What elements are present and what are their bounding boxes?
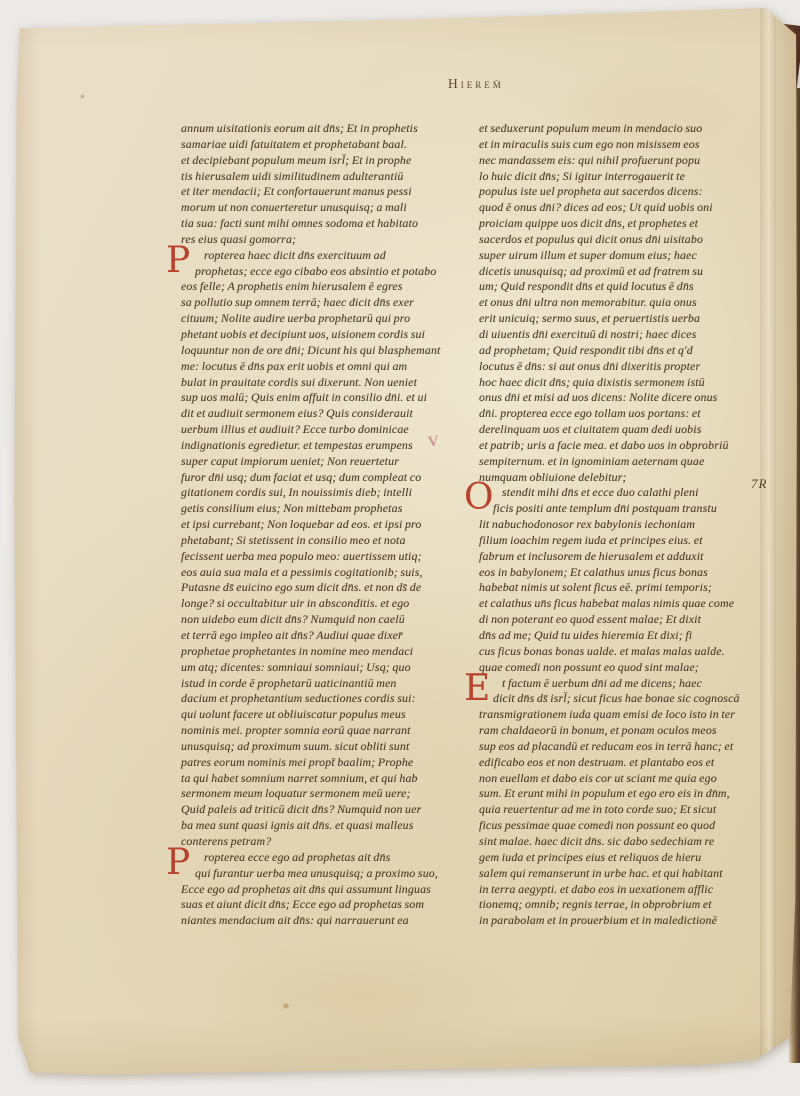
- parchment-stain: [80, 94, 85, 99]
- line-text: habebat nimis ut solent ficus eē. primi …: [479, 580, 712, 594]
- line-text: di non poterant eo quod essent malae; Et…: [479, 612, 701, 626]
- text-line: in terra aegypti. et dabo eos in uexatio…: [479, 882, 779, 898]
- line-text: edificabo eos et non destruam. et planta…: [479, 755, 714, 769]
- text-line: sempiternum. et in ignominiam aeternam q…: [479, 454, 779, 470]
- text-line: locutus ē dn̄s: si aut onus dn̄i dixerit…: [479, 359, 779, 375]
- text-line: et in miraculis suis cum ego non misisse…: [479, 137, 779, 153]
- line-text: ropterea ecce ego ad prophetas ait dn̄s: [204, 850, 390, 864]
- text-line: getis consilium eius; Non mittebam proph…: [181, 501, 475, 517]
- text-line: samariae uidi fatuitatem et prophetabant…: [181, 137, 475, 153]
- text-line: eos auia sua mala et a pessimis cogitati…: [181, 565, 475, 581]
- text-line: super uirum illum et super domum eius; h…: [479, 248, 779, 264]
- text-line: Putasne ds̄ euicino ego sum dicit dn̄s. …: [181, 580, 475, 596]
- text-line: dicit dn̄s ds̄ isrl̄; sicut ficus hae bo…: [479, 691, 779, 707]
- line-text: ad prophetam; Quid respondit tibi dn̄s e…: [479, 343, 693, 357]
- line-text: in terra aegypti. et dabo eos in uexatio…: [479, 882, 713, 896]
- text-line: transmigrationem iuda quam emisi de loco…: [479, 707, 779, 723]
- line-text: dicetis unusquisq; ad proximū et ad frat…: [479, 264, 703, 278]
- text-line: proiciam quippe uos dicit dn̄s, et proph…: [479, 216, 779, 232]
- line-text: sint malae. haec dicit dn̄s. sic dabo se…: [479, 834, 714, 848]
- text-line: dacium et prophetantium seductiones cord…: [181, 691, 475, 707]
- text-line: niantes mendacium ait dn̄s: qui narrauer…: [181, 913, 475, 929]
- line-text: Ecce ego ad prophetas ait dn̄s qui assum…: [181, 882, 431, 896]
- text-line: istud in corde ē prophetarū uaticinantiū…: [181, 676, 475, 692]
- text-line: ram chaldaeorū in bonum, et ponam oculos…: [479, 723, 779, 739]
- page-wrap: Hierem̄ annum uisitationis eorum ait dn̄…: [0, 0, 800, 1096]
- line-text: et decipiebant populum meum isrl̄; Et in…: [181, 153, 411, 167]
- line-text: bulat in prauitate cordis sui dixerunt. …: [181, 375, 417, 389]
- line-text: eos felle; A prophetis enim hierusalem ē…: [181, 279, 403, 293]
- text-line: dn̄i. propterea ecce ego tollam uos port…: [479, 406, 779, 422]
- text-line: eos in babylonem; Et calathus unus ficus…: [479, 565, 779, 581]
- text-line: in parabolam et in prouerbium et in male…: [479, 913, 779, 929]
- text-line: ficis positi ante templum dn̄i postquam …: [479, 501, 779, 517]
- line-text: phetant uobis et decipiunt uos, uisionem…: [181, 327, 425, 341]
- text-line: prophetas; ecce ego cibabo eos absintio …: [181, 264, 475, 280]
- line-text: et ipsi currebant; Non loquebar ad eos. …: [181, 517, 422, 531]
- margin-check-mark: V: [427, 433, 440, 451]
- parchment-page: Hierem̄ annum uisitationis eorum ait dn̄…: [12, 8, 800, 1080]
- line-text: derelinquam uos et ciuitatem quam dedi u…: [479, 422, 702, 436]
- line-text: patres eorum nominis mei propt̄ baalim; …: [181, 755, 413, 769]
- text-line: Propterea haec dicit dn̄s exercituum ad: [181, 248, 475, 264]
- text-line: Quid paleis ad triticū dicit dn̄s? Numqu…: [181, 802, 475, 818]
- line-text: ropterea haec dicit dn̄s exercituum ad: [204, 248, 386, 262]
- text-line: tis hierusalem uidi similitudinem adulte…: [181, 169, 475, 185]
- line-text: me: locutus ē dn̄s pax erit uobis et omn…: [181, 359, 407, 373]
- text-line: erit unicuiq; sermo suus, et peruertisti…: [479, 311, 779, 327]
- text-line: fabrum et inclusorem de hierusalem et ad…: [479, 549, 779, 565]
- text-line: cituum; Nolite audire uerba prophetarū q…: [181, 311, 475, 327]
- line-text: istud in corde ē prophetarū uaticinantiū…: [181, 676, 396, 690]
- line-text: cituum; Nolite audire uerba prophetarū q…: [181, 311, 410, 325]
- text-column-right: et seduxerunt populum meum in mendacio s…: [479, 121, 779, 929]
- line-text: um atq; dicentes: somniaui somniaui; Usq…: [181, 660, 411, 674]
- line-text: gem iuda et principes eius et reliquos d…: [479, 850, 701, 864]
- text-line: et iter mendacii; Et confortauerunt manu…: [181, 184, 475, 200]
- text-line: numquam obliuione delebitur;: [479, 470, 779, 486]
- text-line: unusquisq; ad proximum suum. sicut oblit…: [181, 739, 475, 755]
- text-line: quae comedi non possunt eo quod sint mal…: [479, 660, 779, 676]
- text-line: lit nabuchodonosor rex babylonis iechoni…: [479, 517, 779, 533]
- line-text: et iter mendacii; Et confortauerunt manu…: [181, 184, 412, 198]
- text-line: cus ficus bonas bonas ualde. et malas ma…: [479, 644, 779, 660]
- line-text: sum. Et erunt mihi in populum et ego ero…: [479, 786, 730, 800]
- line-text: super uirum illum et super domum eius; h…: [479, 248, 697, 262]
- line-text: onus dn̄i et misi ad uos dicens: Nolite …: [479, 390, 717, 404]
- parchment-stain: [282, 1003, 290, 1009]
- text-line: lo huic dicit dn̄s; Si igitur interrogau…: [479, 169, 779, 185]
- line-text: nec mandassem eis: qui nihil profuerunt …: [479, 153, 700, 167]
- text-line: tionemq; omnib; regnis terrae, in obprob…: [479, 897, 779, 913]
- line-text: tionemq; omnib; regnis terrae, in obprob…: [479, 897, 712, 911]
- line-text: t factum ē uerbum dn̄i ad me dicens; hae…: [502, 676, 702, 690]
- line-text: transmigrationem iuda quam emisi de loco…: [479, 707, 735, 721]
- line-text: qui furantur uerba mea unusquisq; a prox…: [195, 866, 438, 880]
- line-text: sa pollutio sup omnem terrā; haec dicit …: [181, 295, 414, 309]
- line-text: erit unicuiq; sermo suus, et peruertisti…: [479, 311, 700, 325]
- running-title: Hierem̄: [448, 76, 504, 92]
- line-text: numquam obliuione delebitur;: [479, 470, 627, 484]
- line-text: et onus dn̄i ultra non memorabitur. quia…: [479, 295, 697, 309]
- line-text: salem qui remanserunt in urbe hac. et qu…: [479, 866, 723, 880]
- line-text: hoc haec dicit dn̄s; quia dixistis sermo…: [479, 375, 705, 389]
- line-text: dn̄i. propterea ecce ego tollam uos port…: [479, 406, 701, 420]
- text-line: et onus dn̄i ultra non memorabitur. quia…: [479, 295, 779, 311]
- line-text: indignationis egredietur. et tempestas e…: [181, 438, 413, 452]
- text-column-left: annum uisitationis eorum ait dn̄s; Et in…: [181, 121, 475, 929]
- line-text: morum ut non conuerteretur unusquisq; a …: [181, 200, 407, 214]
- line-text: et patrib; uris a facie mea. et dabo uos…: [479, 438, 729, 452]
- line-text: in parabolam et in prouerbium et in male…: [479, 913, 717, 927]
- text-line: filium ioachim regem iuda et principes e…: [479, 533, 779, 549]
- line-text: non euellam et dabo eis cor ut sciant me…: [479, 771, 717, 785]
- text-line: ficus pessimae quae comedi non possunt e…: [479, 818, 779, 834]
- line-text: lo huic dicit dn̄s; Si igitur interrogau…: [479, 169, 685, 183]
- text-line: edificabo eos et non destruam. et planta…: [479, 755, 779, 771]
- line-text: et seduxerunt populum meum in mendacio s…: [479, 121, 702, 135]
- text-line: ad prophetam; Quid respondit tibi dn̄s e…: [479, 343, 779, 359]
- line-text: ta qui habet somnium narret somnium, et …: [181, 771, 418, 785]
- text-line: Et factum ē uerbum dn̄i ad me dicens; ha…: [479, 676, 779, 692]
- text-line: non euellam et dabo eis cor ut sciant me…: [479, 771, 779, 787]
- text-line: ta qui habet somnium narret somnium, et …: [181, 771, 475, 787]
- line-text: phetabant; Si stetissent in consilio meo…: [181, 533, 406, 547]
- line-text: quia reuertentur ad me in toto corde suo…: [479, 802, 716, 816]
- line-text: ba mea sunt quasi ignis ait dn̄s. et qua…: [181, 818, 414, 832]
- text-line: sint malae. haec dicit dn̄s. sic dabo se…: [479, 834, 779, 850]
- text-line: habebat nimis ut solent ficus eē. primi …: [479, 580, 779, 596]
- line-text: eos in babylonem; Et calathus unus ficus…: [479, 565, 708, 579]
- line-text: quae comedi non possunt eo quod sint mal…: [479, 660, 699, 674]
- text-line: phetabant; Si stetissent in consilio meo…: [181, 533, 475, 549]
- line-text: uerbum illius et audiuit? Ecce turbo dom…: [181, 422, 409, 436]
- text-line: Ostendit mihi dn̄s et ecce duo calathi p…: [479, 485, 779, 501]
- text-line: non uidebo eum dicit dn̄s? Numquid non c…: [181, 612, 475, 628]
- line-text: dn̄s ad me; Quid tu uides hieremia Et di…: [479, 628, 692, 642]
- line-text: conterens petram?: [181, 834, 271, 848]
- line-text: et terrā ego impleo ait dn̄s? Audiui qua…: [181, 628, 403, 642]
- text-line: et calathus un̄s ficus habebat malas nim…: [479, 596, 779, 612]
- parchment-stain: [192, 938, 532, 1058]
- line-text: sermonem meum loquatur sermonem meū uere…: [181, 786, 411, 800]
- line-text: loquuntur non de ore dn̄i; Dicunt his qu…: [181, 343, 441, 357]
- text-line: qui furantur uerba mea unusquisq; a prox…: [181, 866, 475, 882]
- text-line: nec mandassem eis: qui nihil profuerunt …: [479, 153, 779, 169]
- text-line: suas et aiunt dicit dn̄s; Ecce ego ad pr…: [181, 897, 475, 913]
- text-line: longe? si occultabitur uir in absconditi…: [181, 596, 475, 612]
- manuscript-scan: Hierem̄ annum uisitationis eorum ait dn̄…: [0, 0, 800, 1096]
- text-line: tia sua: facti sunt mihi omnes sodoma et…: [181, 216, 475, 232]
- text-line: fecissent uerba mea populo meo: auertiss…: [181, 549, 475, 565]
- text-line: sacerdos et populus qui dicit onus dn̄i …: [479, 232, 779, 248]
- line-text: fecissent uerba mea populo meo: auertiss…: [181, 549, 422, 563]
- text-line: gem iuda et principes eius et reliquos d…: [479, 850, 779, 866]
- line-text: sempiternum. et in ignominiam aeternam q…: [479, 454, 704, 468]
- text-line: me: locutus ē dn̄s pax erit uobis et omn…: [181, 359, 475, 375]
- line-text: suas et aiunt dicit dn̄s; Ecce ego ad pr…: [181, 897, 424, 911]
- text-line: sum. Et erunt mihi in populum et ego ero…: [479, 786, 779, 802]
- text-line: furor dn̄i usq; dum faciat et usq; dum c…: [181, 470, 475, 486]
- text-line: et ipsi currebant; Non loquebar ad eos. …: [181, 517, 475, 533]
- line-text: sacerdos et populus qui dicit onus dn̄i …: [479, 232, 703, 246]
- text-line: Propterea ecce ego ad prophetas ait dn̄s: [181, 850, 475, 866]
- line-text: niantes mendacium ait dn̄s: qui narrauer…: [181, 913, 409, 927]
- line-text: ficus pessimae quae comedi non possunt e…: [479, 818, 715, 832]
- line-text: super caput impiorum ueniet; Non reuerte…: [181, 454, 399, 468]
- line-text: samariae uidi fatuitatem et prophetabant…: [181, 137, 407, 151]
- line-text: tia sua: facti sunt mihi omnes sodoma et…: [181, 216, 418, 230]
- text-line: um atq; dicentes: somniaui somniaui; Usq…: [181, 660, 475, 676]
- line-text: ram chaldaeorū in bonum, et ponam oculos…: [479, 723, 717, 737]
- text-line: quia reuertentur ad me in toto corde suo…: [479, 802, 779, 818]
- text-line: sa pollutio sup omnem terrā; haec dicit …: [181, 295, 475, 311]
- text-line: et terrā ego impleo ait dn̄s? Audiui qua…: [181, 628, 475, 644]
- line-text: unusquisq; ad proximum suum. sicut oblit…: [181, 739, 409, 753]
- line-text: ficis positi ante templum dn̄i postquam …: [493, 501, 717, 515]
- text-line: gitationem cordis sui, In nouissimis die…: [181, 485, 475, 501]
- text-line: quod ē onus dn̄i? dices ad eos; Ut quid …: [479, 200, 779, 216]
- line-text: qui uolunt facere ut obliuiscatur populu…: [181, 707, 406, 721]
- line-text: prophetas; ecce ego cibabo eos absintio …: [195, 264, 436, 278]
- text-line: super caput impiorum ueniet; Non reuerte…: [181, 454, 475, 470]
- text-line: et seduxerunt populum meum in mendacio s…: [479, 121, 779, 137]
- text-line: di uiuentis dn̄i exercituū di nostri; ha…: [479, 327, 779, 343]
- text-line: loquuntur non de ore dn̄i; Dicunt his qu…: [181, 343, 475, 359]
- line-text: annum uisitationis eorum ait dn̄s; Et in…: [181, 121, 418, 135]
- text-line: qui uolunt facere ut obliuiscatur populu…: [181, 707, 475, 723]
- text-line: hoc haec dicit dn̄s; quia dixistis sermo…: [479, 375, 779, 391]
- line-text: getis consilium eius; Non mittebam proph…: [181, 501, 402, 515]
- line-text: filium ioachim regem iuda et principes e…: [479, 533, 703, 547]
- text-line: eos felle; A prophetis enim hierusalem ē…: [181, 279, 475, 295]
- line-text: di uiuentis dn̄i exercituū di nostri; ha…: [479, 327, 696, 341]
- text-line: dicetis unusquisq; ad proximū et ad frat…: [479, 264, 779, 280]
- text-line: populus iste uel propheta aut sacerdos d…: [479, 184, 779, 200]
- line-text: quod ē onus dn̄i? dices ad eos; Ut quid …: [479, 200, 713, 214]
- text-line: salem qui remanserunt in urbe hac. et qu…: [479, 866, 779, 882]
- line-text: fabrum et inclusorem de hierusalem et ad…: [479, 549, 704, 563]
- line-text: Quid paleis ad triticū dicit dn̄s? Numqu…: [181, 802, 421, 816]
- text-line: et decipiebant populum meum isrl̄; Et in…: [181, 153, 475, 169]
- line-text: gitationem cordis sui, In nouissimis die…: [181, 485, 412, 499]
- line-text: proiciam quippe uos dicit dn̄s, et proph…: [479, 216, 698, 230]
- quire-mark: 7R: [751, 476, 767, 492]
- line-text: locutus ē dn̄s: si aut onus dn̄i dixerit…: [479, 359, 700, 373]
- text-line: annum uisitationis eorum ait dn̄s; Et in…: [181, 121, 475, 137]
- text-line: sermonem meum loquatur sermonem meū uere…: [181, 786, 475, 802]
- text-line: prophetae prophetantes in nomine meo men…: [181, 644, 475, 660]
- line-text: longe? si occultabitur uir in absconditi…: [181, 596, 409, 610]
- text-line: bulat in prauitate cordis sui dixerunt. …: [181, 375, 475, 391]
- line-text: stendit mihi dn̄s et ecce duo calathi pl…: [502, 485, 699, 499]
- text-line: Ecce ego ad prophetas ait dn̄s qui assum…: [181, 882, 475, 898]
- line-text: populus iste uel propheta aut sacerdos d…: [479, 184, 703, 198]
- text-line: conterens petram?: [181, 834, 475, 850]
- text-line: morum ut non conuerteretur unusquisq; a …: [181, 200, 475, 216]
- line-text: sup uos malū; Quis enim affuit in consil…: [181, 390, 427, 404]
- text-line: dit et audiuit sermonem eius? Quis consi…: [181, 406, 475, 422]
- line-text: cus ficus bonas bonas ualde. et malas ma…: [479, 644, 725, 658]
- line-text: prophetae prophetantes in nomine meo men…: [181, 644, 413, 658]
- text-line: res eius quasi gomorra;: [181, 232, 475, 248]
- line-text: nominis mei. propter somnia eorū quae na…: [181, 723, 411, 737]
- text-line: nominis mei. propter somnia eorū quae na…: [181, 723, 475, 739]
- text-line: sup eos ad placandū et reducam eos in te…: [479, 739, 779, 755]
- text-line: um; Quid respondit dn̄s et quid locutus …: [479, 279, 779, 295]
- line-text: dit et audiuit sermonem eius? Quis consi…: [181, 406, 413, 420]
- line-text: dacium et prophetantium seductiones cord…: [181, 691, 416, 705]
- text-line: ba mea sunt quasi ignis ait dn̄s. et qua…: [181, 818, 475, 834]
- text-line: et patrib; uris a facie mea. et dabo uos…: [479, 438, 779, 454]
- line-text: tis hierusalem uidi similitudinem adulte…: [181, 169, 404, 183]
- line-text: eos auia sua mala et a pessimis cogitati…: [181, 565, 423, 579]
- text-line: sup uos malū; Quis enim affuit in consil…: [181, 390, 475, 406]
- line-text: furor dn̄i usq; dum faciat et usq; dum c…: [181, 470, 421, 484]
- text-line: phetant uobis et decipiunt uos, uisionem…: [181, 327, 475, 343]
- line-text: dicit dn̄s ds̄ isrl̄; sicut ficus hae bo…: [493, 691, 740, 705]
- text-line: patres eorum nominis mei propt̄ baalim; …: [181, 755, 475, 771]
- line-text: non uidebo eum dicit dn̄s? Numquid non c…: [181, 612, 405, 626]
- text-line: onus dn̄i et misi ad uos dicens: Nolite …: [479, 390, 779, 406]
- line-text: lit nabuchodonosor rex babylonis iechoni…: [479, 517, 695, 531]
- line-text: et in miraculis suis cum ego non misisse…: [479, 137, 700, 151]
- line-text: sup eos ad placandū et reducam eos in te…: [479, 739, 733, 753]
- line-text: et calathus un̄s ficus habebat malas nim…: [479, 596, 734, 610]
- text-line: dn̄s ad me; Quid tu uides hieremia Et di…: [479, 628, 779, 644]
- line-text: Putasne ds̄ euicino ego sum dicit dn̄s. …: [181, 580, 421, 594]
- line-text: res eius quasi gomorra;: [181, 232, 296, 246]
- text-line: derelinquam uos et ciuitatem quam dedi u…: [479, 422, 779, 438]
- line-text: um; Quid respondit dn̄s et quid locutus …: [479, 279, 694, 293]
- text-line: di non poterant eo quod essent malae; Et…: [479, 612, 779, 628]
